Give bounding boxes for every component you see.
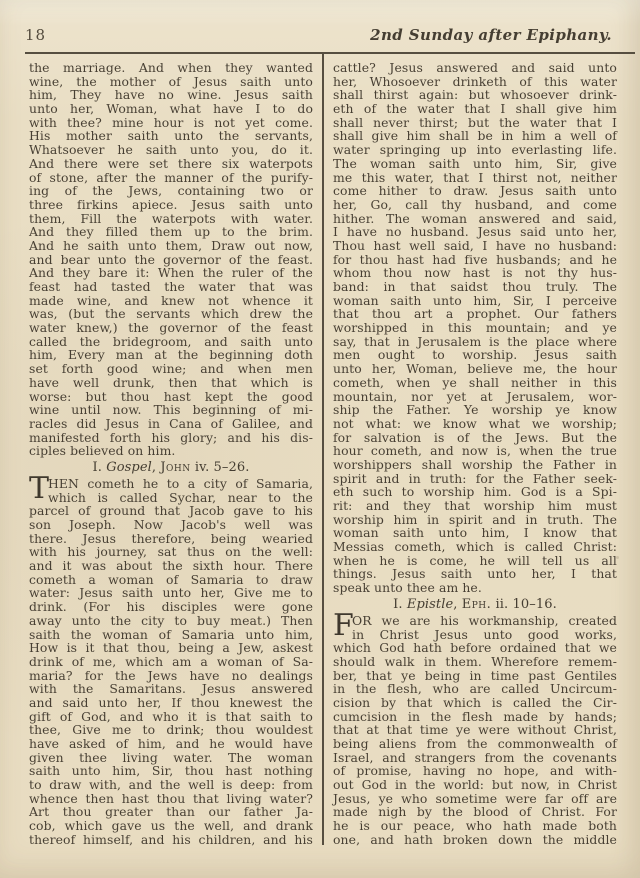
text-line: shall never thirst; but the water that I	[333, 116, 617, 130]
text-line: set forth good wine; and when men	[29, 362, 313, 376]
text-line: gift of God, and who it is that saith to	[29, 710, 313, 724]
text-line: and it was about the sixth hour. There	[29, 559, 313, 573]
text-line: and said unto her, If thou knewest the	[29, 696, 313, 710]
text-line: racles did Jesus in Cana of Galilee, and	[29, 417, 313, 431]
text-line: woman saith unto him, I know that	[333, 526, 617, 540]
heading-book: John	[160, 460, 190, 475]
text-line: in Christ Jesus unto good works,	[333, 628, 617, 642]
header-rule	[25, 52, 635, 54]
text-line: with his journey, sat thus on the well:	[29, 545, 313, 559]
page-number: 18	[25, 26, 46, 44]
text-line: that thou art a prophet. Our fathers	[333, 307, 617, 321]
text-line: when he is come, he will tell us all	[333, 554, 617, 568]
text-block: FOR we are his workmanship, createdin Ch…	[333, 614, 617, 847]
text-line: things. Jesus saith unto her, I that	[333, 567, 617, 581]
text-line: eth such to worship him. God is a Spi-	[333, 485, 617, 499]
text-line: water springing up into everlasting life…	[333, 143, 617, 157]
text-line: and bear unto the governor of the feast.	[29, 253, 313, 267]
text-line: one, and hath broken down the middle	[333, 833, 617, 847]
text-line: Israel, and strangers from the covenants	[333, 751, 617, 765]
text-line: Messias cometh, which is called Christ:	[333, 540, 617, 554]
text-line: worshipped in this mountain; and ye	[333, 321, 617, 335]
text-line: not what: we know what we worship;	[333, 417, 617, 431]
text-line: OR we are his workmanship, created	[333, 614, 617, 628]
text-line: How is it that thou, being a Jew, askest	[29, 641, 313, 655]
text-line: woman saith unto him, Sir, I perceive	[333, 294, 617, 308]
text-line: wine until now. This beginning of mi-	[29, 403, 313, 417]
heading-title: Gospel	[106, 460, 152, 475]
text-line: her, Whosoever drinketh of this water	[333, 75, 617, 89]
heading-reference: iv. 5–26.	[191, 460, 250, 475]
text-line: made wine, and knew not whence it	[29, 294, 313, 308]
section-heading: I. Epistle, Eph. ii. 10–16.	[333, 598, 617, 612]
text-line: for salvation is of the Jews. But the	[333, 431, 617, 445]
text-line: water: Jesus saith unto her, Give me to	[29, 586, 313, 600]
text-line: hither. The woman answered and said,	[333, 212, 617, 226]
text-line: worship him in spirit and in truth. The	[333, 513, 617, 527]
text-line: have asked of him, and he would have	[29, 737, 313, 751]
text-line: have well drunk, then that which is	[29, 376, 313, 390]
text-line: called the bridegroom, and saith unto	[29, 335, 313, 349]
right-column: cattle? Jesus answered and said untoher,…	[333, 61, 617, 847]
column-divider	[322, 54, 324, 845]
text-line: me this water, that I thirst not, neithe…	[333, 171, 617, 185]
text-line: with the Samaritans. Jesus answered	[29, 682, 313, 696]
text-line: ing of the Jews, containing two or	[29, 184, 313, 198]
text-line: manifested forth his glory; and his dis-	[29, 431, 313, 445]
text-line: of stone, after the manner of the purify…	[29, 171, 313, 185]
text-line: given thee living water. The woman	[29, 751, 313, 765]
text-line: was, (but the servants which drew the	[29, 307, 313, 321]
text-line: for thou hast had five husbands; and he	[333, 253, 617, 267]
text-line: come hither to draw. Jesus saith unto	[333, 184, 617, 198]
heading-book: Eph.	[462, 597, 492, 612]
text-line: worshippers shall worship the Father in	[333, 458, 617, 472]
text-line: ber, that ye being in time past Gentiles	[333, 669, 617, 683]
heading-reference: ii. 10–16.	[491, 597, 557, 612]
text-line: And he saith unto them, Draw out now,	[29, 239, 313, 253]
text-line: unto her, Woman, believe me, the hour	[333, 362, 617, 376]
text-line: he is our peace, who hath made both	[333, 819, 617, 833]
text-line: parcel of ground that Jacob gave to his	[29, 504, 313, 518]
text-line: wine, the mother of Jesus saith unto	[29, 75, 313, 89]
text-line: them, Fill the waterpots with water.	[29, 212, 313, 226]
text-block: the marriage. And when they wantedwine, …	[29, 61, 313, 458]
text-line: which is called Sychar, near to the	[29, 491, 313, 505]
text-line: ship the Father. Ye worship ye know	[333, 403, 617, 417]
text-line: drink of me, which am a woman of Sa-	[29, 655, 313, 669]
text-line: Jesus, ye who sometime were far off are	[333, 792, 617, 806]
text-line: speak unto thee am he.	[333, 581, 617, 595]
text-line: him, They have no wine. Jesus saith	[29, 88, 313, 102]
text-line: spirit and in truth: for the Father seek…	[333, 472, 617, 486]
text-line: band: in that saidst thou truly. The	[333, 280, 617, 294]
text-line: feast had tasted the water that was	[29, 280, 313, 294]
text-line: with thee? mine hour is not yet come.	[29, 116, 313, 130]
text-line: say, that in Jerusalem is the place wher…	[333, 335, 617, 349]
text-line: whence then hast thou that living water?	[29, 792, 313, 806]
drop-cap: T	[29, 474, 49, 504]
scan-speck	[352, 366, 355, 369]
text-block: cattle? Jesus answered and said untoher,…	[333, 61, 617, 595]
text-line: which God hath before ordained that we	[333, 641, 617, 655]
text-line: saith unto him, Sir, thou hast nothing	[29, 764, 313, 778]
text-line: ciples believed on him.	[29, 444, 313, 458]
left-column: the marriage. And when they wantedwine, …	[29, 61, 313, 847]
text-line: thereof himself, and his children, and h…	[29, 833, 313, 847]
text-line: out God in the world: but now, in Christ	[333, 778, 617, 792]
text-line: And they filled them up to the brim.	[29, 225, 313, 239]
text-line: rit: and they that worship him must	[333, 499, 617, 513]
text-line: of promise, having no hope, and with-	[333, 764, 617, 778]
section-heading: I. Gospel, John iv. 5–26.	[29, 461, 313, 475]
text-line: should walk in them. Wherefore remem-	[333, 655, 617, 669]
text-line: eth of the water that I shall give him	[333, 102, 617, 116]
text-line: shall give him shall be in him a well of	[333, 129, 617, 143]
text-line: her, Go, call thy husband, and come	[333, 198, 617, 212]
text-line: whom thou now hast is not thy hus-	[333, 266, 617, 280]
text-line: cumcision in the flesh made by hands;	[333, 710, 617, 724]
heading-title: Epistle	[407, 597, 453, 612]
text-line: there. Jesus therefore, being wearied	[29, 532, 313, 546]
scan-speck	[616, 556, 619, 559]
text-line: in the flesh, who are called Uncircum-	[333, 682, 617, 696]
text-line: maria? for the Jews have no dealings	[29, 669, 313, 683]
text-line: cision by that which is called the Cir-	[333, 696, 617, 710]
text-line: water knew,) the governor of the feast	[29, 321, 313, 335]
text-line: hour cometh, and now is, when the true	[333, 444, 617, 458]
text-line: worse: but thou hast kept the good	[29, 390, 313, 404]
text-line: cometh, when ye shall neither in this	[333, 376, 617, 390]
drop-cap: F	[333, 611, 354, 641]
heading-numeral: I.	[93, 460, 107, 475]
text-block: THEN cometh he to a city of Samaria,whic…	[29, 477, 313, 847]
text-line: And there were set there six waterpots	[29, 157, 313, 171]
text-line: I have no husband. Jesus said unto her,	[333, 225, 617, 239]
text-line: him, Every man at the beginning doth	[29, 348, 313, 362]
text-line: Whatsoever he saith unto you, do it.	[29, 143, 313, 157]
text-line: The woman saith unto him, Sir, give	[333, 157, 617, 171]
heading-separator: ,	[453, 597, 461, 612]
text-line: HEN cometh he to a city of Samaria,	[29, 477, 313, 491]
text-line: drink. (For his disciples were gone	[29, 600, 313, 614]
text-line: three firkins apiece. Jesus saith unto	[29, 198, 313, 212]
header-title: 2nd Sunday after Epiphany.	[370, 26, 612, 44]
text-line: that at that time ye were without Christ…	[333, 723, 617, 737]
text-line: mountain, nor yet at Jerusalem, wor-	[333, 390, 617, 404]
text-line: made nigh by the blood of Christ. For	[333, 805, 617, 819]
text-line: away unto the city to buy meat.) Then	[29, 614, 313, 628]
text-line: men ought to worship. Jesus saith	[333, 348, 617, 362]
text-line: And they bare it: When the ruler of the	[29, 266, 313, 280]
text-line: saith the woman of Samaria unto him,	[29, 628, 313, 642]
text-line: being aliens from the commonwealth of	[333, 737, 617, 751]
text-line: unto her, Woman, what have I to do	[29, 102, 313, 116]
text-line: cattle? Jesus answered and said unto	[333, 61, 617, 75]
text-line: son Joseph. Now Jacob's well was	[29, 518, 313, 532]
heading-numeral: I.	[393, 597, 407, 612]
text-line: His mother saith unto the servants,	[29, 129, 313, 143]
text-line: Art thou greater than our father Ja-	[29, 805, 313, 819]
text-line: Thou hast well said, I have no husband:	[333, 239, 617, 253]
text-line: to draw with, and the well is deep: from	[29, 778, 313, 792]
page: 18 2nd Sunday after Epiphany. the marria…	[0, 0, 640, 878]
text-line: shall thirst again: but whosoever drink-	[333, 88, 617, 102]
text-line: cometh a woman of Samaria to draw	[29, 573, 313, 587]
text-line: thee, Give me to drink; thou wouldest	[29, 723, 313, 737]
text-line: the marriage. And when they wanted	[29, 61, 313, 75]
text-line: cob, which gave us the well, and drank	[29, 819, 313, 833]
